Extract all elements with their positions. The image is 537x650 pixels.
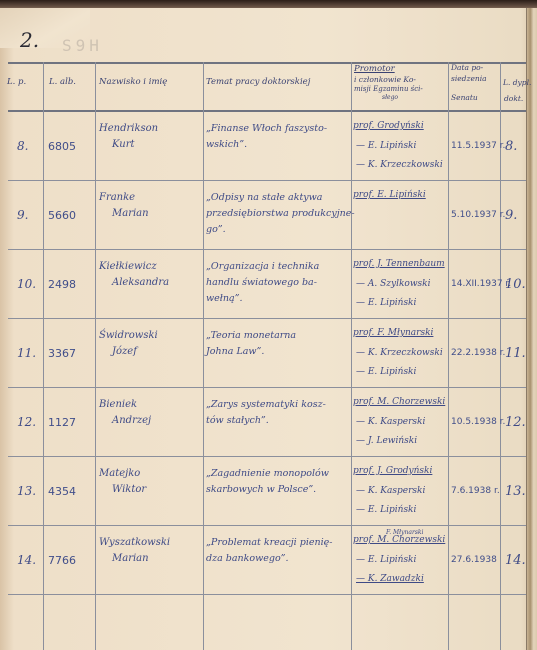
row-divider [8, 525, 526, 526]
surname: Matejko [99, 469, 140, 479]
thesis-topic-line: „Problemat kreacji pienię- [206, 538, 332, 548]
row-divider [8, 249, 526, 250]
header-date: siedzenia [451, 75, 487, 83]
committee-member: — K. Kasperski [356, 418, 425, 427]
entry-number: 11. [17, 347, 36, 359]
surname: Bieniek [99, 400, 137, 410]
album-number: 4354 [48, 486, 76, 497]
surname: Świdrowski [99, 331, 158, 341]
thesis-topic-line: go”. [206, 225, 226, 235]
thesis-topic-line: „Odpisy na stałe aktywa [206, 193, 322, 203]
committee-member: — E. Lipiński [356, 556, 416, 565]
committee-member: — J. Lewiński [356, 437, 417, 446]
row-divider [8, 180, 526, 181]
entry-number: 10. [17, 278, 36, 290]
first-name: Kurt [112, 140, 135, 150]
thesis-topic-line: dza bankowego”. [206, 554, 289, 564]
committee-member: — E. Lipiński [356, 506, 416, 515]
diploma-number: 11. [505, 347, 526, 360]
promotor: prof. M. Chorzewski [353, 536, 445, 545]
diploma-number: 8. [505, 140, 517, 153]
column-divider [203, 62, 204, 650]
doctoral-register-table: L. p. L. alb. Nazwisko i imię Temat prac… [0, 0, 537, 650]
senate-session-date: 22.2.1938 r. [451, 349, 505, 358]
committee-member: — A. Szylkowski [356, 280, 430, 289]
thesis-topic-line: tów stałych”. [206, 416, 269, 426]
header-committee-line: słego [382, 95, 398, 101]
first-name: Aleksandra [112, 278, 169, 288]
album-number: 6805 [48, 141, 76, 152]
first-name: Marian [112, 554, 149, 564]
header-committee-line: i członkowie Ko- [354, 76, 416, 84]
album-number: 7766 [48, 555, 76, 566]
thesis-topic-line: „Organizacja i technika [206, 262, 319, 272]
diploma-number: 10. [505, 278, 526, 291]
committee-member: — E. Lipiński [356, 299, 416, 308]
senate-session-date: 10.5.1938 r. [451, 418, 505, 427]
header-album-number: L. alb. [49, 78, 76, 87]
header-date: Senatu [451, 94, 478, 102]
album-number: 1127 [48, 417, 76, 428]
committee-member: — E. Lipiński [356, 368, 416, 377]
surname: Franke [99, 193, 135, 203]
committee-member: — K. Krzeczkowski [356, 161, 443, 170]
thesis-topic-line: handlu światowego ba- [206, 278, 317, 288]
thesis-topic-line: wskich”. [206, 140, 247, 150]
promotor: prof. Grodyński [353, 122, 424, 131]
first-name: Józef [112, 347, 137, 357]
thesis-topic-line: „Teoria monetarna [206, 331, 296, 341]
diploma-number: 9. [505, 209, 517, 222]
entry-number: 9. [17, 209, 28, 221]
album-number: 5660 [48, 210, 76, 221]
header-diploma-number: dokt. [504, 95, 523, 103]
entry-number: 12. [17, 416, 36, 428]
diploma-number: 13. [505, 485, 526, 498]
promotor-correction: F. Młynarski [386, 529, 423, 536]
header-lp: L. p. [7, 78, 26, 87]
column-divider [43, 62, 44, 650]
column-divider [448, 62, 449, 650]
first-name: Wiktor [112, 485, 146, 495]
committee-member: — K. Kasperski [356, 487, 425, 496]
thesis-topic-line: „Zarys systematyki kosz- [206, 400, 326, 410]
promotor: prof. E. Lipiński [353, 191, 426, 200]
committee-member: — K. Zawadzki [356, 575, 424, 584]
header-committee-line: misji Egzaminu ści- [354, 86, 423, 93]
senate-session-date: 11.5.1937 r. [451, 142, 505, 151]
first-name: Andrzej [112, 416, 151, 426]
row-divider [8, 594, 526, 595]
thesis-topic-line: „Finanse Włoch faszysto- [206, 124, 327, 134]
thesis-topic-line: Johna Law”. [206, 347, 264, 357]
thesis-topic-line: przedsiębiorstwa produkcyjne- [206, 209, 355, 219]
surname: Kiełkiewicz [99, 262, 157, 272]
surname: Wyszatkowski [99, 538, 170, 548]
committee-member: — E. Lipiński [356, 142, 416, 151]
row-divider [8, 456, 526, 457]
promotor: prof. F. Młynarski [353, 329, 433, 338]
diploma-number: 12. [505, 416, 526, 429]
entry-number: 13. [17, 485, 36, 497]
senate-session-date: 27.6.1938 [451, 556, 497, 565]
header-topic: Temat pracy doktorskiej [206, 78, 310, 87]
promotor: prof. J. Tennenbaum [353, 260, 445, 269]
entry-number: 8. [17, 140, 28, 152]
row-divider [8, 318, 526, 319]
entry-number: 14. [17, 554, 36, 566]
thesis-topic-line: wełną”. [206, 294, 243, 304]
senate-session-date: 7.6.1938 r. [451, 487, 500, 496]
surname: Hendrikson [99, 124, 158, 134]
first-name: Marian [112, 209, 149, 219]
header-name: Nazwisko i imię [99, 78, 167, 87]
column-divider [351, 62, 352, 650]
promotor: prof. J. Grodyński [353, 467, 432, 476]
album-number: 2498 [48, 279, 76, 290]
diploma-number: 14. [505, 554, 526, 567]
senate-session-date: 14.XII.1937 r. [451, 280, 511, 289]
header-diploma-number: L. dypl. [503, 79, 531, 87]
header-promotor: Promotor [354, 65, 395, 74]
album-number: 3367 [48, 348, 76, 359]
thesis-topic-line: skarbowych w Polsce”. [206, 485, 316, 495]
senate-session-date: 5.10.1937 r. [451, 211, 505, 220]
header-date: Data po- [451, 64, 483, 72]
column-divider [95, 62, 96, 650]
promotor: prof. M. Chorzewski [353, 398, 445, 407]
committee-member: — K. Krzeczkowski [356, 349, 443, 358]
thesis-topic-line: „Zagadnienie monopolów [206, 469, 329, 479]
row-divider [8, 387, 526, 388]
